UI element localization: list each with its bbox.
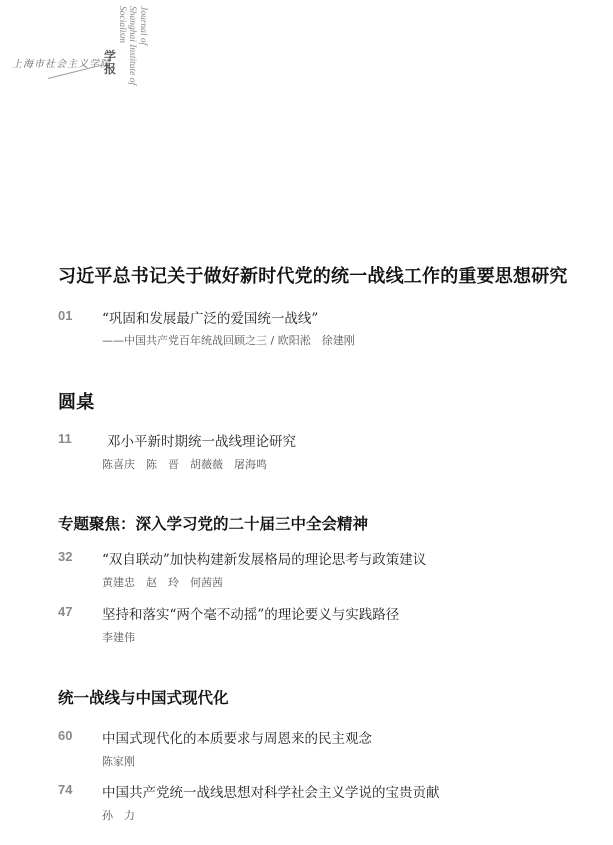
english-title-line: Journal of [138,6,149,85]
english-title-line: Socialism [117,6,128,85]
article-authors: 陈家刚 [102,753,135,769]
page-number: 01 [58,308,72,323]
article-authors: 黄建忠 赵 玲 何茜茜 [102,574,223,590]
article-title[interactable]: 中国式现代化的本质要求与周恩来的民主观念 [102,727,372,747]
journal-masthead: 上海市社会主义学院 学报 Journal of Shanghai Institu… [0,0,200,110]
article-authors: 孙 力 [102,807,135,823]
english-journal-title: Journal of Shanghai Institute of Sociali… [117,6,149,85]
article-title[interactable]: “巩固和发展最广泛的爱国统一战线” [102,307,318,327]
page-number: 47 [58,604,72,619]
article-subtitle: ——中国共产党百年统战回顾之三 / 欧阳淞 徐建刚 [102,332,355,348]
english-title-line: Shanghai Institute of [127,6,138,85]
section-heading: 圆桌 [58,388,94,414]
article-title[interactable]: 邓小平新时期统一战线理论研究 [107,430,296,450]
article-title[interactable]: 中国共产党统一战线思想对科学社会主义学说的宝贵贡献 [102,781,440,801]
article-title[interactable]: 坚持和落实“两个毫不动摇”的理论要义与实践路径 [102,603,399,623]
article-authors: 李建伟 [102,629,135,645]
page-number: 11 [58,431,72,446]
page-number: 74 [58,782,72,797]
section-heading: 习近平总书记关于做好新时代党的统一战线工作的重要思想研究 [58,262,568,288]
article-authors: 陈喜庆 陈 晋 胡薇薇 屠海鸣 [102,456,267,472]
section-heading: 专题聚焦：深入学习党的二十届三中全会精神 [58,512,368,534]
institute-calligraphy: 上海市社会主义学院 [12,55,111,70]
page-number: 32 [58,549,72,564]
article-title[interactable]: “双自联动”加快构建新发展格局的理论思考与政策建议 [102,548,426,568]
page-number: 60 [58,728,72,743]
section-heading: 统一战线与中国式现代化 [58,686,229,708]
